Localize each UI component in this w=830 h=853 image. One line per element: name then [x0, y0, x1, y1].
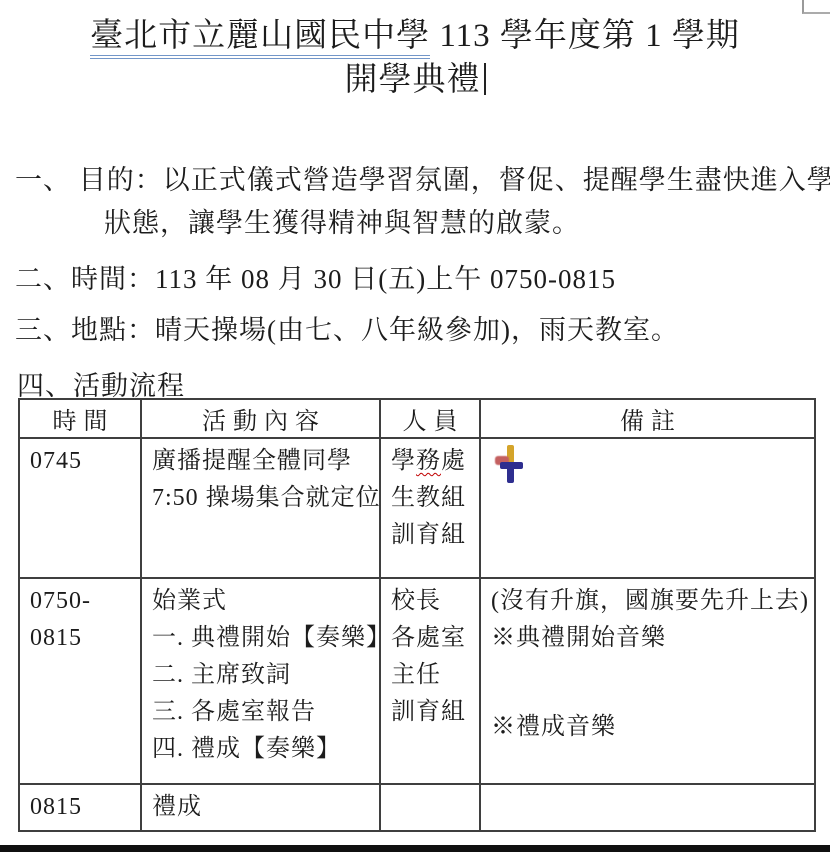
title-event: 開學典禮 [345, 62, 481, 98]
notes-cell [480, 784, 815, 831]
activity-line: 始業式 [152, 583, 373, 620]
decorative-marker-image [495, 445, 529, 485]
activity-cell: 廣播提醒全體同學 7:50 操場集合就定位 [141, 438, 380, 578]
header-personnel: 人員 [380, 399, 480, 438]
table-row: 0815 禮成 [19, 784, 815, 831]
time-cell: 0745 [19, 438, 141, 578]
activity-line: 禮成 [152, 789, 373, 826]
personnel-cell [380, 784, 480, 831]
personnel-line: 主任 [391, 657, 473, 694]
table-row: 0750-0815 始業式 一. 典禮開始【奏樂】 二. 主席致詞 三. 各處室… [19, 578, 815, 784]
personnel-line: 各處室 [391, 620, 473, 657]
section-purpose-line1: 一、 目的：以正式儀式營造學習氛圍，督促、提醒學生盡快進入學習 [15, 158, 830, 197]
time-cell: 0750-0815 [19, 578, 141, 784]
notes-cell: (沒有升旗，國旗要先升上去) ※典禮開始音樂 ※禮成音樂 [480, 578, 815, 784]
personnel-line: 訓育組 [391, 694, 473, 731]
activity-cell: 始業式 一. 典禮開始【奏樂】 二. 主席致詞 三. 各處室報告 四. 禮成【奏… [141, 578, 380, 784]
notes-cell [480, 438, 815, 578]
header-time: 時間 [19, 399, 141, 438]
school-name: 臺北市立麗山國民中學 [90, 18, 430, 59]
title-term: 113 學年度第 1 學期 [430, 18, 740, 54]
marker-blue-vertical-bar [507, 466, 514, 483]
activity-line: 二. 主席致詞 [152, 657, 373, 694]
page-bottom-edge [0, 845, 830, 852]
activity-line: 7:50 操場集合就定位 [152, 480, 373, 517]
personnel-line: 校長 [391, 583, 473, 620]
table-row: 0745 廣播提醒全體同學 7:50 操場集合就定位 學務處 生教組 訓育組 [19, 438, 815, 578]
document-title: 臺北市立麗山國民中學 113 學年度第 1 學期 開學典禮 [0, 14, 830, 102]
activity-line: 廣播提醒全體同學 [152, 443, 373, 480]
schedule-table: 時間 活動內容 人員 備註 0745 廣播提醒全體同學 7:50 操場集合就定位… [18, 398, 816, 832]
personnel-line: 訓育組 [391, 517, 473, 554]
personnel-cell: 學務處 生教組 訓育組 [380, 438, 480, 578]
section-place: 三、地點：晴天操場(由七、八年級參加)，雨天教室。 [15, 308, 679, 347]
text-cursor [484, 63, 486, 95]
title-line-2: 開學典禮 [0, 58, 830, 102]
activity-line: 四. 禮成【奏樂】 [152, 731, 373, 768]
document-page[interactable]: 臺北市立麗山國民中學 113 學年度第 1 學期 開學典禮 一、 目的：以正式儀… [0, 0, 830, 853]
note-line: ※典禮開始音樂 [491, 620, 808, 657]
spellcheck-flagged-text: 務 [416, 448, 441, 474]
note-line: (沒有升旗，國旗要先升上去) [491, 583, 808, 620]
note-line: ※禮成音樂 [491, 709, 808, 746]
header-notes: 備註 [480, 399, 815, 438]
table-header-row: 時間 活動內容 人員 備註 [19, 399, 815, 438]
personnel-line: 學務處 [391, 443, 473, 480]
activity-line: 一. 典禮開始【奏樂】 [152, 620, 373, 657]
time-cell: 0815 [19, 784, 141, 831]
header-activity: 活動內容 [141, 399, 380, 438]
activity-cell: 禮成 [141, 784, 380, 831]
personnel-line: 生教組 [391, 480, 473, 517]
section-time: 二、時間：113 年 08 月 30 日(五)上午 0750-0815 [15, 257, 616, 296]
activity-line: 三. 各處室報告 [152, 694, 373, 731]
section-purpose-line2: 狀態，讓學生獲得精神與智慧的啟蒙。 [104, 201, 580, 240]
text-boundary-mark [802, 0, 830, 14]
title-line-1: 臺北市立麗山國民中學 113 學年度第 1 學期 [0, 14, 830, 58]
personnel-cell: 校長 各處室 主任 訓育組 [380, 578, 480, 784]
